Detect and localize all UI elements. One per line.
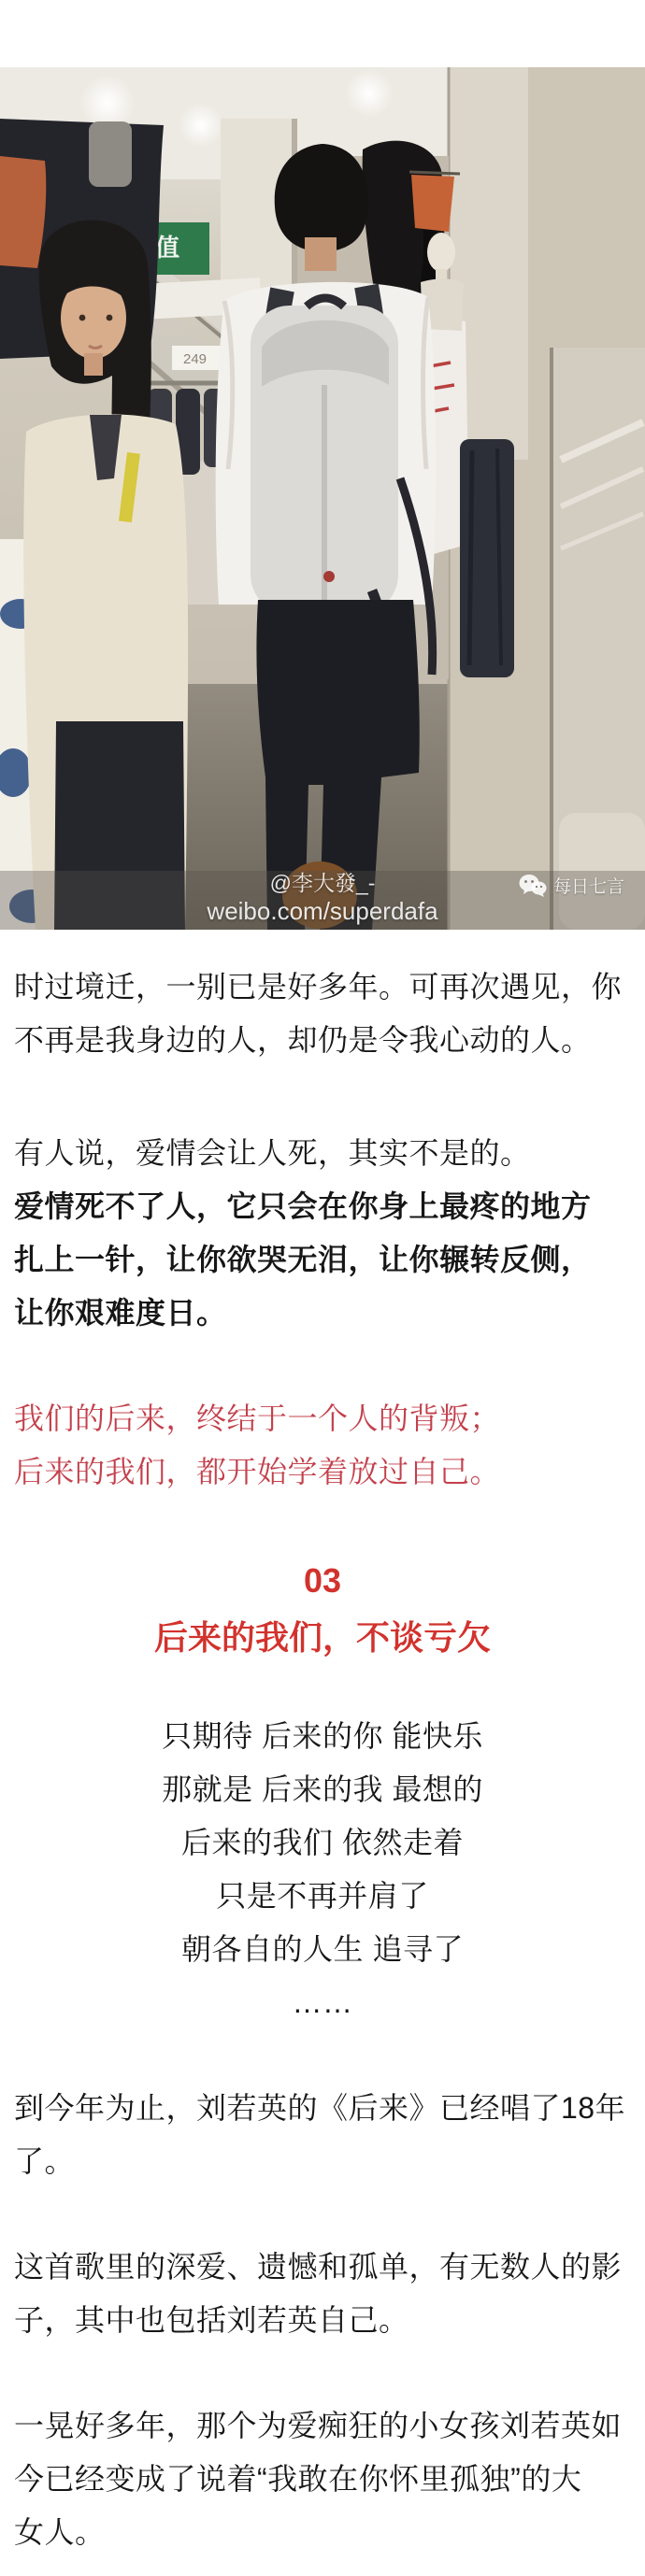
paragraph-2: 有人说，爱情会让人死，其实不是的。	[14, 1127, 631, 1180]
man-hair	[275, 144, 368, 252]
text-line: 一晃好多年，那个为爱痴狂的小女孩刘若英如	[14, 2399, 631, 2453]
ceiling-light	[179, 103, 223, 148]
paragraph-1: 时过境迁，一别已是好多年。可再次遇见，你 不再是我身边的人，却仍是令我心动的人。	[14, 961, 631, 1067]
text-line: 今已经变成了说着“我敢在你怀里孤独”的大	[14, 2453, 631, 2506]
girl-eye	[79, 315, 86, 321]
price-card-text: 249	[183, 351, 207, 367]
lyric-line: 朝各自的人生 追寻了	[0, 1923, 645, 1976]
hanger-bar	[409, 172, 460, 174]
brand-watermark: 每日七言	[519, 873, 624, 898]
orange-garment-left	[0, 156, 46, 268]
text-line: 不再是我身边的人，却仍是令我心动的人。	[14, 1014, 631, 1067]
orange-garment-right	[411, 175, 454, 232]
brand-name: 每日七言	[553, 873, 624, 898]
text-line: 后来的我们，都开始学着放过自己。	[14, 1445, 631, 1499]
text-line: 子，其中也包括刘若英自己。	[14, 2294, 631, 2347]
text-line: 扎上一针，让你欲哭无泪，让你辗转反侧，	[14, 1233, 631, 1287]
text-line: 爱情死不了人，它只会在你身上最疼的地方	[14, 1180, 631, 1233]
girl-neck	[84, 353, 103, 376]
text-line: 让你艰难度日。	[14, 1287, 631, 1340]
text-line: 有人说，爱情会让人死，其实不是的。	[14, 1127, 631, 1180]
text-line: 到今年为止，刘若英的《后来》已经唱了18年	[14, 2082, 631, 2135]
girl-eye	[107, 315, 113, 321]
man-neck	[305, 237, 337, 271]
text-line: 这首歌里的深爱、遗憾和孤单，有无数人的影	[14, 2241, 631, 2294]
article-page: 超值 249	[0, 0, 645, 2576]
wechat-icon	[519, 874, 547, 898]
paragraph-7: 一晃好多年，那个为爱痴狂的小女孩刘若英如 今已经变成了说着“我敢在你怀里孤独”的…	[14, 2399, 631, 2559]
store-photo[interactable]: 超值 249	[0, 67, 645, 930]
credit-url: weibo.com/superdafa	[0, 897, 645, 925]
gray-garment	[89, 121, 132, 187]
section-header: 03 后来的我们，不谈亏欠	[0, 1552, 645, 1666]
lyric-line: 只是不再并肩了	[0, 1870, 645, 1923]
ceiling-light	[345, 69, 394, 118]
photo-scene: 超值 249	[0, 67, 645, 930]
paragraph-5: 到今年为止，刘若英的《后来》已经唱了18年 了。	[14, 2082, 631, 2188]
lyrics-block: 只期待 后来的你 能快乐 那就是 后来的我 最想的 后来的我们 依然走着 只是不…	[0, 1710, 645, 2029]
lyric-line: 那就是 后来的我 最想的	[0, 1763, 645, 1816]
backpack-logo	[323, 571, 335, 582]
paragraph-6: 这首歌里的深爱、遗憾和孤单，有无数人的影 子，其中也包括刘若英自己。	[14, 2241, 631, 2347]
text-line: 时过境迁，一别已是好多年。可再次遇见，你	[14, 961, 631, 1014]
lyric-line: 只期待 后来的你 能快乐	[0, 1710, 645, 1763]
text-line: 我们的后来，终结于一个人的背叛；	[14, 1392, 631, 1445]
section-number: 03	[0, 1552, 645, 1609]
paragraph-3-bold: 爱情死不了人，它只会在你身上最疼的地方 扎上一针，让你欲哭无泪，让你辗转反侧， …	[14, 1180, 631, 1340]
lyric-line-ellipsis: ……	[0, 1976, 645, 2029]
paragraph-4-red: 我们的后来，终结于一个人的背叛； 后来的我们，都开始学着放过自己。	[14, 1392, 631, 1499]
text-line: 了。	[14, 2135, 631, 2188]
jeans-fold	[469, 450, 472, 665]
text-line: 女人。	[14, 2506, 631, 2559]
section-title: 后来的我们，不谈亏欠	[0, 1609, 645, 1666]
lyric-line: 后来的我们 依然走着	[0, 1816, 645, 1870]
